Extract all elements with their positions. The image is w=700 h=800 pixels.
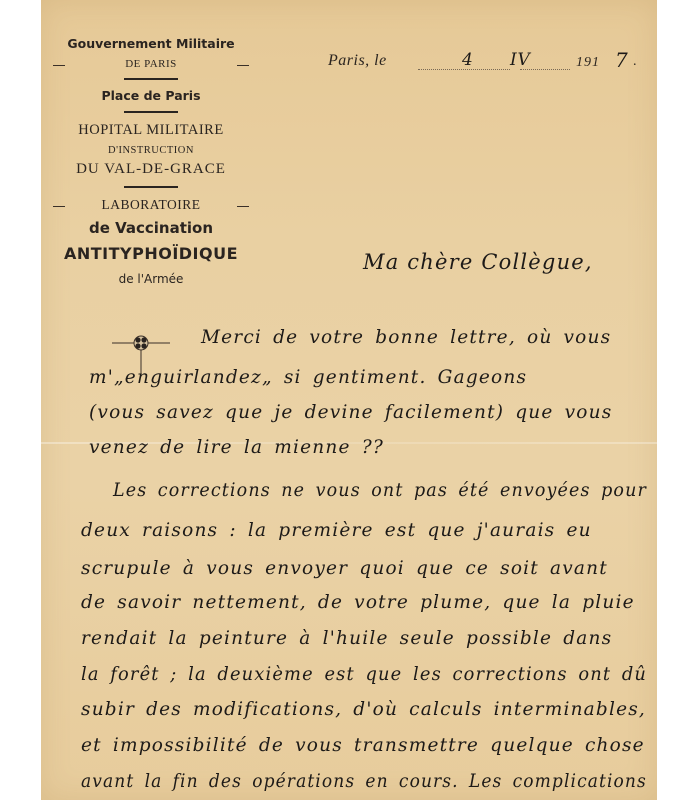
letterhead-armee: de l'Armée [51,272,251,286]
body-line: rendait la peinture à l'huile seule poss… [81,628,612,649]
letterhead-antityphoidique: ANTITYPHOÏDIQUE [51,244,251,263]
dash-decoration [53,65,65,66]
salutation: Ma chère Collègue, [363,250,593,274]
letterhead-rule [124,111,178,113]
body-line: Merci de votre bonne lettre, où vous [201,327,611,348]
dash-decoration [237,206,249,207]
letterhead-de-paris: DE PARIS [51,58,251,70]
letterhead-laboratoire-text: LABORATOIRE [101,197,200,212]
body-line: venez de lire la mienne ?? [89,437,384,458]
letter-paper: Gouvernement Militaire DE PARIS Place de… [41,0,657,800]
letterhead-hopital: HOPITAL MILITAIRE [51,122,251,139]
body-line: scrupule à vous envoyer quoi que ce soit… [81,558,608,579]
letterhead-instruction: D'INSTRUCTION [51,145,251,156]
letterhead: Gouvernement Militaire DE PARIS Place de… [51,36,251,286]
body-line: et impossibilité de vous transmettre que… [81,735,645,756]
body-line: avant la fin des opérations en cours. Le… [81,771,647,792]
letterhead-rule [124,186,178,188]
body-line: m'„enguirlandez„ si gentiment. Gageons [89,367,527,388]
dateline-year-handwritten: 7 [615,48,629,72]
letterhead-place: Place de Paris [51,88,251,103]
dateline: Paris, le 4 IV 191 7 . [328,52,648,76]
letterhead-de-paris-text: DE PARIS [125,58,177,70]
body-line: (vous savez que je devine facilement) qu… [89,402,612,423]
letterhead-vaccination: de Vaccination [51,219,251,237]
dash-decoration [53,206,65,207]
letterhead-val-de-grace: DU VAL-DE-GRACE [51,161,251,178]
letterhead-government: Gouvernement Militaire [51,36,251,51]
dash-decoration [237,65,249,66]
dateline-month: IV [510,50,531,70]
dateline-period: . [633,54,637,70]
body-line: deux raisons : la première est que j'aur… [81,520,592,541]
body-line: Les corrections ne vous ont pas été envo… [113,480,647,501]
body-line: subir des modifications, d'où calculs in… [81,699,646,720]
dateline-year-printed: 191 [576,55,600,71]
body-line: la forêt ; la deuxième est que les corre… [81,664,647,685]
dateline-day: 4 [462,50,474,70]
letterhead-laboratoire: LABORATOIRE [51,197,251,213]
body-line: de savoir nettement, de votre plume, que… [81,592,635,613]
letterhead-rule [124,78,178,80]
dateline-prefix: Paris, le [328,52,387,70]
